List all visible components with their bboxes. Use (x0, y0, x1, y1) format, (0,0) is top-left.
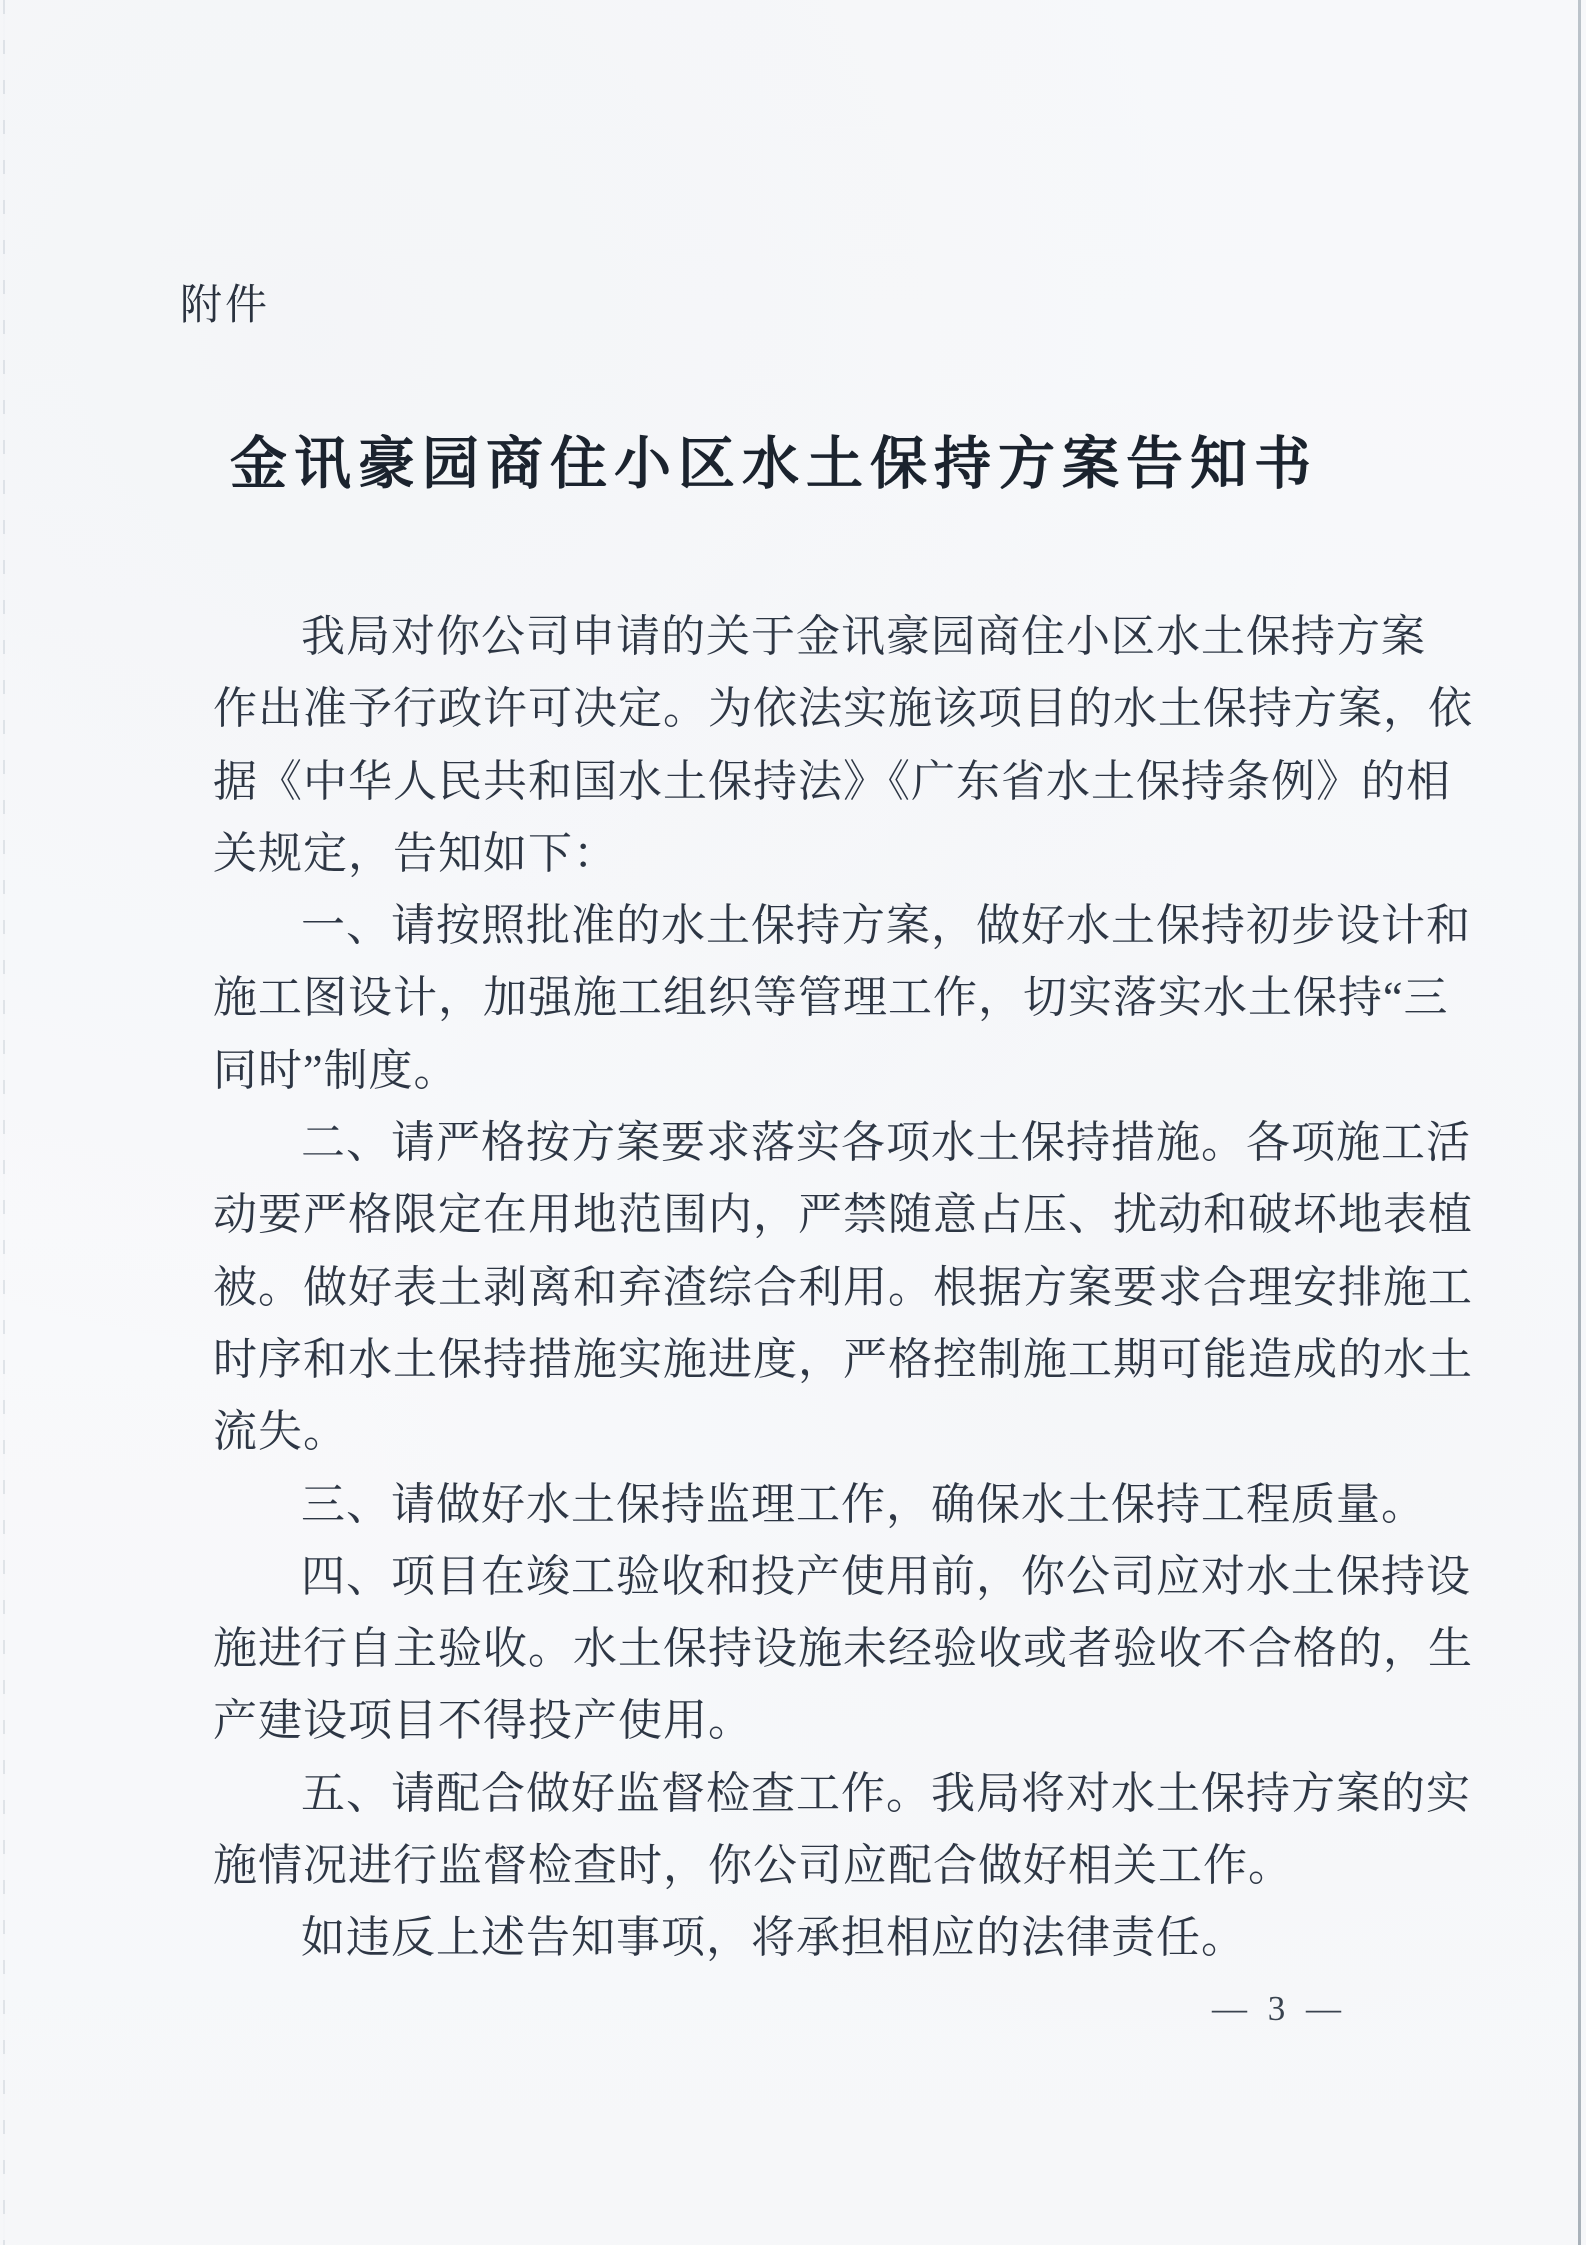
body-line-11: 时序和水土保持措施实施进度，严格控制施工期可能造成的水土 (213, 1324, 1473, 1396)
attachment-label: 附件 (180, 282, 270, 328)
document-page: 附件 金讯豪园商住小区水土保持方案告知书 我局对你公司申请的关于金讯豪园商住小区… (0, 0, 1586, 2245)
document-body: 我局对你公司申请的关于金讯豪园商住小区水土保持方案 作出准予行政许可决定。为依法… (213, 601, 1473, 1975)
body-line-17: 五、请配合做好监督检查工作。我局将对水土保持方案的实 (213, 1758, 1473, 1830)
body-line-10: 被。做好表土剥离和弃渣综合利用。根据方案要求合理安排施工 (213, 1252, 1473, 1324)
body-line-1: 我局对你公司申请的关于金讯豪园商住小区水土保持方案 (213, 601, 1473, 673)
body-line-14: 四、项目在竣工验收和投产使用前，你公司应对水土保持设 (213, 1541, 1473, 1613)
body-line-8: 二、请严格按方案要求落实各项水土保持措施。各项施工活 (213, 1107, 1473, 1179)
body-line-6: 施工图设计，加强施工组织等管理工作，切实落实水土保持“三 (213, 962, 1473, 1034)
document-title: 金讯豪园商住小区水土保持方案告知书 (0, 432, 1548, 498)
body-line-9: 动要严格限定在用地范围内，严禁随意占压、扰动和破坏地表植 (213, 1179, 1473, 1251)
page-number: — 3 — (1212, 1988, 1347, 2030)
body-line-2: 作出准予行政许可决定。为依法实施该项目的水土保持方案，依 (213, 673, 1473, 745)
body-line-16: 产建设项目不得投产使用。 (213, 1685, 1473, 1757)
body-line-5: 一、请按照批准的水土保持方案，做好水土保持初步设计和 (213, 890, 1473, 962)
scan-edge-left (3, 0, 5, 2245)
body-line-19: 如违反上述告知事项，将承担相应的法律责任。 (213, 1902, 1473, 1974)
body-line-18: 施情况进行监督检查时，你公司应配合做好相关工作。 (213, 1830, 1473, 1902)
body-line-4: 关规定，告知如下： (213, 818, 1473, 890)
body-line-7: 同时”制度。 (213, 1035, 1473, 1107)
scan-edge-right (1578, 0, 1581, 2245)
body-line-12: 流失。 (213, 1396, 1473, 1468)
body-line-13: 三、请做好水土保持监理工作，确保水土保持工程质量。 (213, 1469, 1473, 1541)
body-line-3: 据《中华人民共和国水土保持法》《广东省水土保持条例》的相 (213, 746, 1473, 818)
body-line-15: 施进行自主验收。水土保持设施未经验收或者验收不合格的，生 (213, 1613, 1473, 1685)
